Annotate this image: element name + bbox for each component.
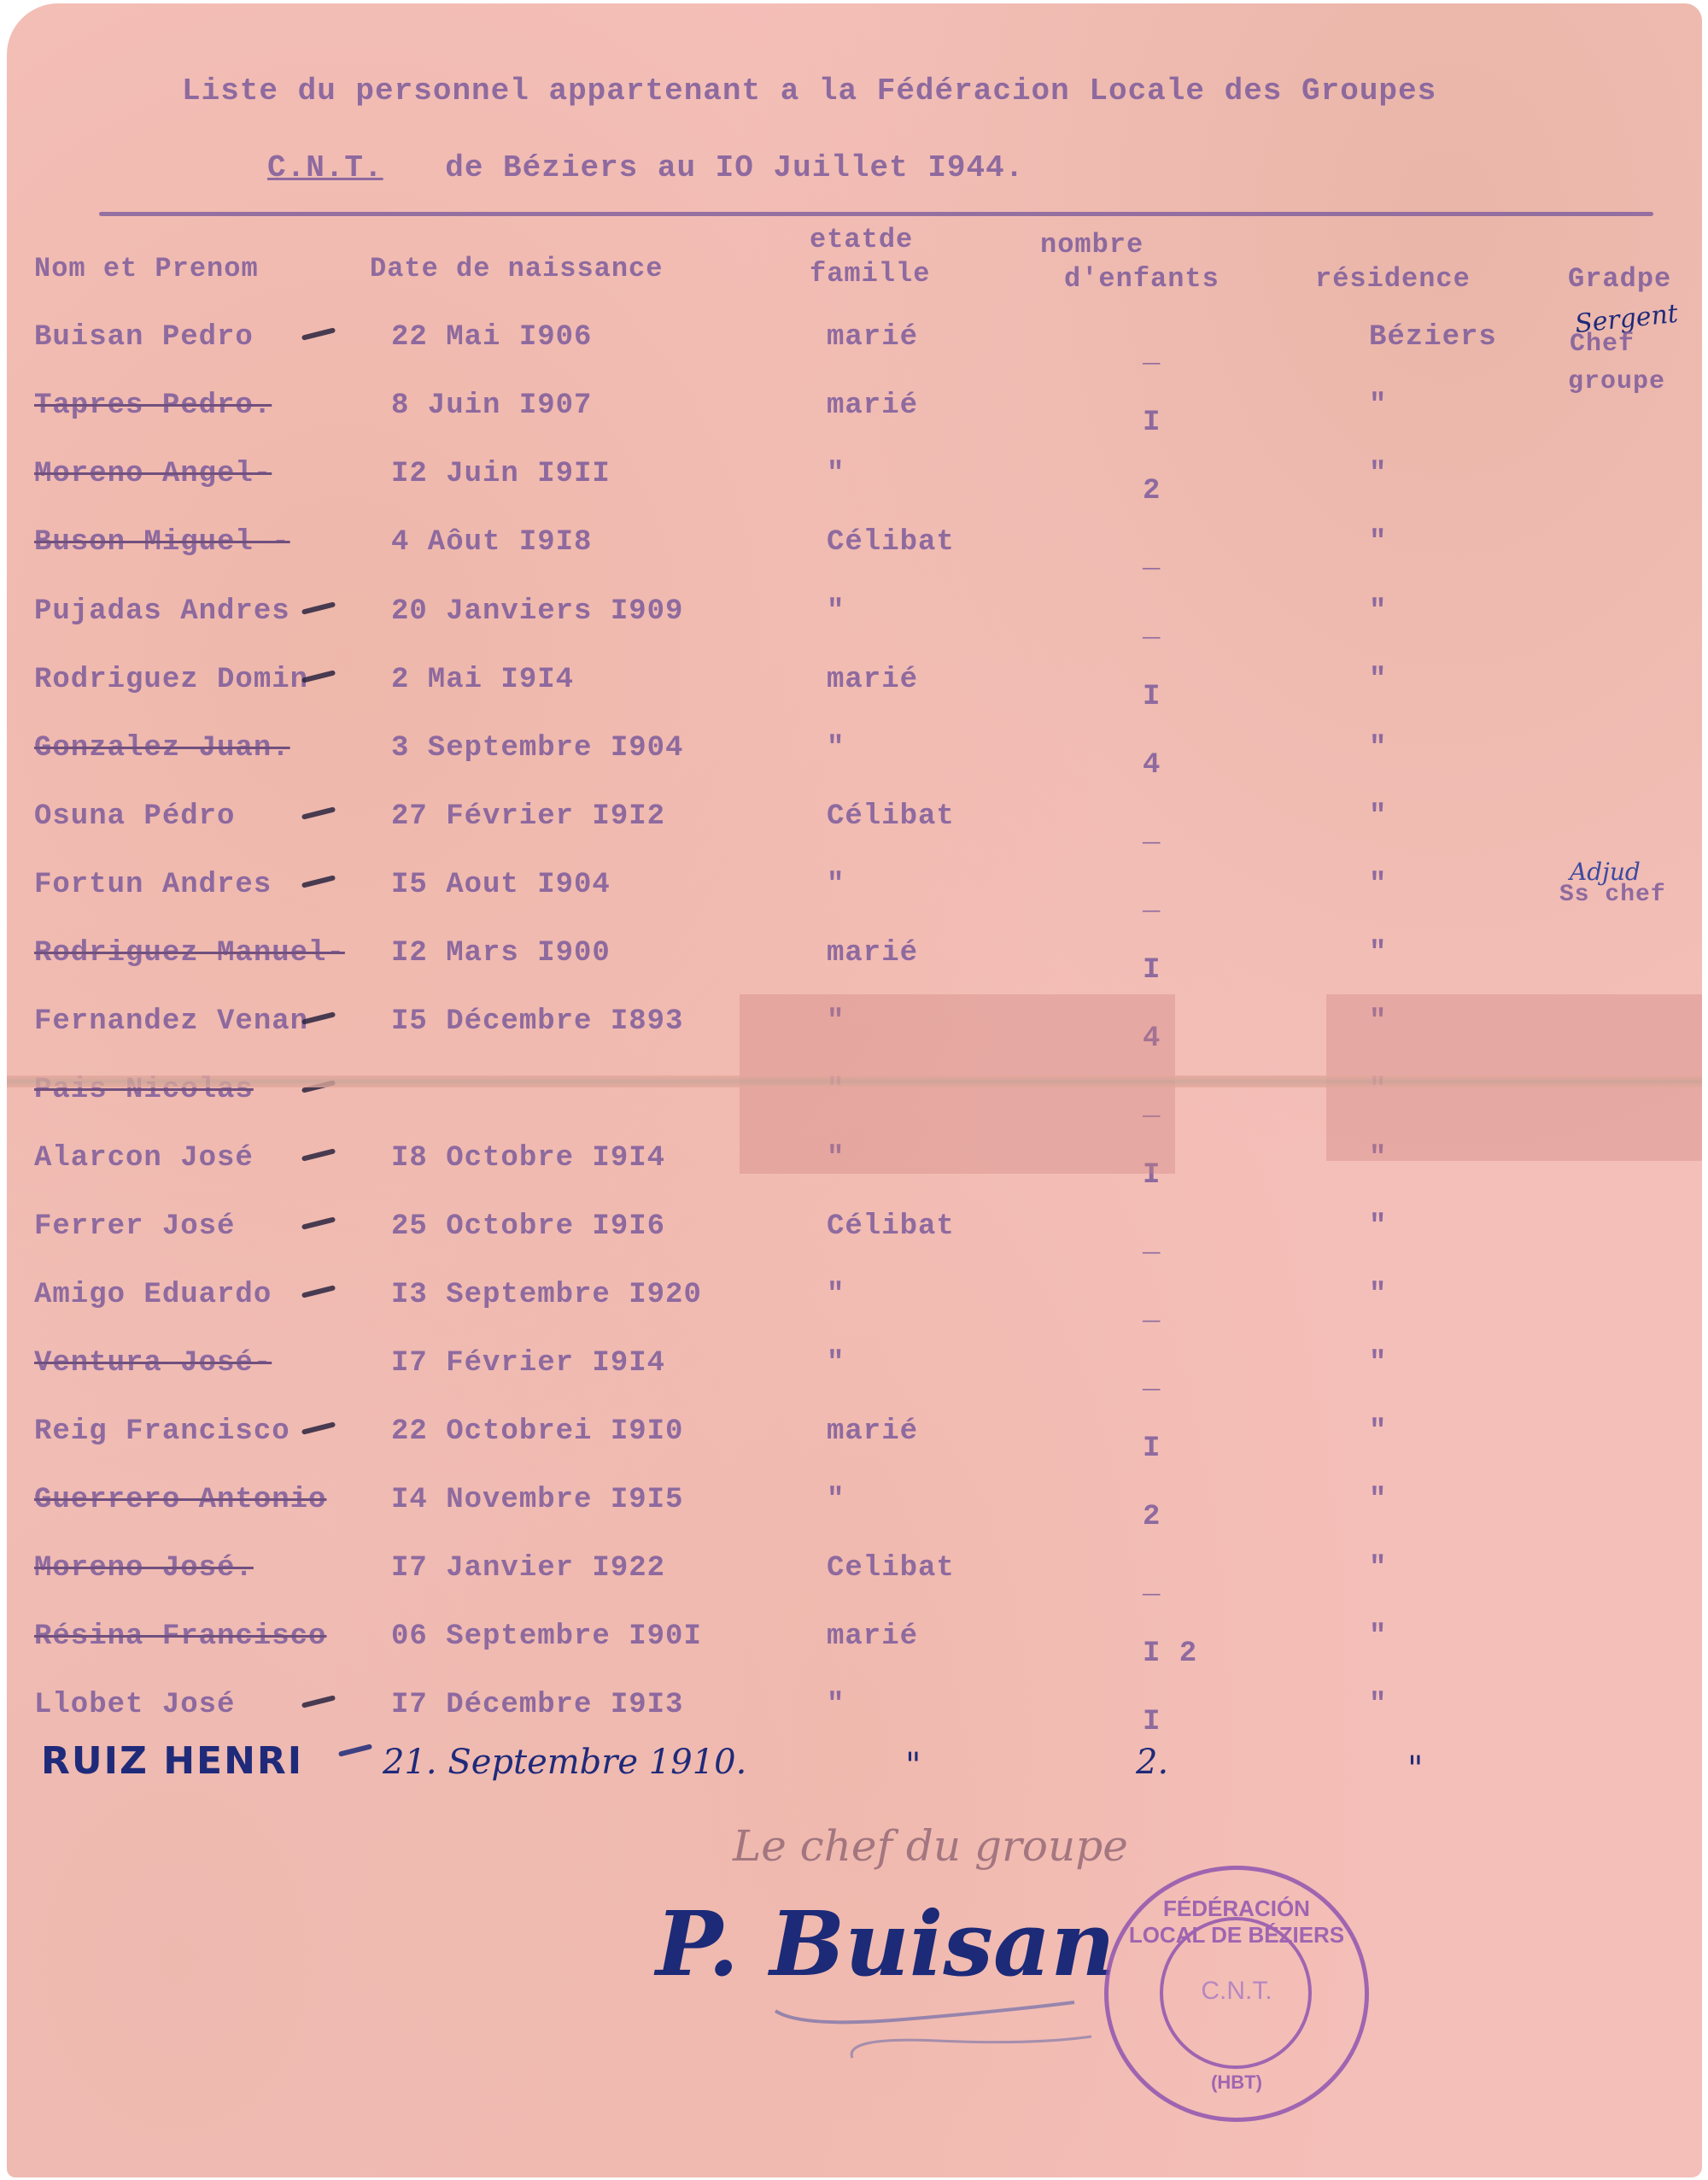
row-birthdate: 22 Octobrei I9I0 xyxy=(391,1415,683,1448)
row-name: Amigo Eduardo xyxy=(34,1279,272,1311)
row-marital-status: " xyxy=(827,595,845,628)
row-children-count: _ xyxy=(1143,612,1161,645)
row-marital-status: marié xyxy=(827,390,918,422)
row-name: Gonzalez Juan. xyxy=(34,732,290,765)
row-residence: " xyxy=(1369,1415,1387,1448)
column-header-marital-line2: famille xyxy=(810,258,930,290)
row-name: Llobet José xyxy=(34,1689,235,1721)
location-date: de Béziers au IO Juillet I944. xyxy=(445,150,1024,185)
row-birthdate: 3 Septembre I904 xyxy=(391,732,683,765)
checkmark-icon xyxy=(301,1148,336,1161)
column-header-marital-line1: etatde xyxy=(810,224,913,255)
row-name: Alarcon José xyxy=(34,1142,254,1175)
row-marital-status: " xyxy=(827,732,845,765)
row-children-count: I xyxy=(1143,407,1161,439)
row-birthdate: 25 Octobre I9I6 xyxy=(391,1210,665,1243)
row-children-count: 4 xyxy=(1143,749,1161,782)
row-residence: " xyxy=(1369,595,1387,628)
column-header-children-line2: d'enfants xyxy=(1064,263,1220,295)
row-marital-status: Célibat xyxy=(827,526,955,559)
document-page: Liste du personnel appartenant a la Fédé… xyxy=(7,3,1702,2177)
row-children-count: I 2 xyxy=(1143,1638,1197,1670)
org-name: C.N.T. xyxy=(267,150,383,185)
row-marital-status: marié xyxy=(827,1620,918,1653)
row-name: Osuna Pédro xyxy=(34,800,235,833)
row-name: Pujadas Andres xyxy=(34,595,290,628)
row-birthdate: 06 Septembre I90I xyxy=(391,1620,702,1653)
row-marital-status: " xyxy=(827,1689,845,1721)
stamp-bottom-text: (HBT) xyxy=(1126,2072,1348,2094)
column-header-grades: Gradpe xyxy=(1568,263,1671,295)
row-marital-status: marié xyxy=(827,1415,918,1448)
row-name: Rodriguez Domin xyxy=(34,664,308,696)
row-children-count: _ xyxy=(1143,1296,1161,1328)
document-title: Liste du personnel appartenant a la Fédé… xyxy=(182,73,1436,108)
row-residence: " xyxy=(1369,390,1387,422)
signature-caption: Le chef du groupe xyxy=(733,1821,1128,1871)
row-residence: " xyxy=(1369,526,1387,559)
row-residence: " xyxy=(1369,1210,1387,1243)
row-children-count: I xyxy=(1143,1706,1161,1738)
column-header-residence: résidence xyxy=(1315,263,1471,295)
row-name: Buisan Pedro xyxy=(34,321,254,354)
row-residence: " xyxy=(1369,1620,1387,1653)
row-residence: Béziers xyxy=(1369,321,1497,354)
row-residence: " xyxy=(1369,1347,1387,1380)
row-birthdate: 20 Janviers I909 xyxy=(391,595,683,628)
row-name: Buson Miguel - xyxy=(34,526,290,559)
row-birthdate: I4 Novembre I9I5 xyxy=(391,1484,683,1516)
row-name: Tapres Pedro. xyxy=(34,390,272,422)
row-marital-status: marié xyxy=(827,937,918,970)
row-residence: " xyxy=(1369,1279,1387,1311)
row-residence: " xyxy=(1369,732,1387,765)
row-name: Reig Francisco xyxy=(34,1415,290,1448)
row-residence: " xyxy=(1369,664,1387,696)
stamp-center-text: C.N.T. xyxy=(1194,1977,1279,2006)
checkmark-icon xyxy=(301,875,336,888)
official-stamp: FÉDÉRACIÓN LOCAL DE BÉZIERS C.N.T. (HBT) xyxy=(1104,1866,1369,2122)
row-marital-status: " xyxy=(827,1347,845,1380)
row-children-count: _ xyxy=(1143,543,1161,576)
column-header-name: Nom et Prenom xyxy=(34,253,259,284)
row-marital-status: " xyxy=(827,869,845,901)
row-birthdate: I3 Septembre I920 xyxy=(391,1279,702,1311)
row-residence: " xyxy=(1369,937,1387,970)
row-birthdate: I7 Décembre I9I3 xyxy=(391,1689,683,1721)
row-residence: " xyxy=(1369,1484,1387,1516)
checkmark-icon xyxy=(301,601,336,614)
handwritten-row-children: 2. xyxy=(1136,1743,1168,1782)
row-birthdate: I7 Février I9I4 xyxy=(391,1347,665,1380)
row-birthdate: 2 Mai I9I4 xyxy=(391,664,574,696)
row-marital-status: marié xyxy=(827,321,918,354)
row-birthdate: I7 Janvier I922 xyxy=(391,1552,665,1585)
handwritten-row-marital: " xyxy=(905,1746,921,1785)
checkmark-icon xyxy=(301,1695,336,1708)
row-marital-status: " xyxy=(827,1484,845,1516)
grade-chef: Chef xyxy=(1570,330,1635,359)
row-marital-status: marié xyxy=(827,664,918,696)
checkmark-icon xyxy=(301,1285,336,1298)
paper-fold xyxy=(7,1075,1702,1087)
row-birthdate: I2 Mars I900 xyxy=(391,937,611,970)
signature-flourish-icon xyxy=(767,1977,1126,2071)
row-children-count: 2 xyxy=(1143,475,1161,507)
row-birthdate: 27 Février I9I2 xyxy=(391,800,665,833)
row-children-count: I xyxy=(1143,1433,1161,1465)
row-name: Moreno Angel- xyxy=(34,458,272,490)
checkmark-icon xyxy=(301,806,336,819)
row-name: Ventura José- xyxy=(34,1347,272,1380)
handwritten-row-residence: " xyxy=(1407,1749,1423,1789)
row-name: Ferrer José xyxy=(34,1210,235,1243)
row-birthdate: 4 Aôut I9I8 xyxy=(391,526,592,559)
row-children-count: _ xyxy=(1143,338,1161,371)
checkmark-icon xyxy=(301,1216,336,1229)
row-children-count: I xyxy=(1143,681,1161,713)
row-marital-status: " xyxy=(827,1279,845,1311)
row-residence: " xyxy=(1369,458,1387,490)
row-marital-status: " xyxy=(827,458,845,490)
row-birthdate: 8 Juin I907 xyxy=(391,390,592,422)
stamp-ring-text: FÉDÉRACIÓN LOCAL DE BÉZIERS xyxy=(1126,1896,1348,1949)
grade-ss-chef: Ss chef xyxy=(1559,882,1666,908)
row-children-count: _ xyxy=(1143,1364,1161,1397)
row-residence: " xyxy=(1369,1552,1387,1585)
row-residence: " xyxy=(1369,869,1387,901)
row-name: Fernandez Venan xyxy=(34,1005,308,1038)
row-name: Résina Francisco xyxy=(34,1620,326,1653)
checkmark-icon xyxy=(338,1743,372,1756)
checkmark-icon xyxy=(301,327,336,340)
row-children-count: _ xyxy=(1143,1569,1161,1602)
row-residence: " xyxy=(1369,800,1387,833)
row-children-count: _ xyxy=(1143,817,1161,850)
row-children-count: _ xyxy=(1143,886,1161,918)
row-name: Rodriguez Manuel- xyxy=(34,937,345,970)
checkmark-icon xyxy=(301,1421,336,1434)
column-header-birthdate: Date de naissance xyxy=(370,253,663,284)
row-children-count: 2 xyxy=(1143,1501,1161,1533)
row-name: Fortun Andres xyxy=(34,869,272,901)
row-marital-status: Celibat xyxy=(827,1552,955,1585)
handwritten-row-date: 21. Septembre 1910. xyxy=(383,1743,746,1782)
title-divider xyxy=(99,212,1653,216)
row-name: Guerrero Antonio xyxy=(34,1484,326,1516)
row-name: Moreno José. xyxy=(34,1552,254,1585)
row-residence: " xyxy=(1369,1689,1387,1721)
column-header-children-line1: nombre xyxy=(1040,229,1144,261)
row-children-count: I xyxy=(1143,954,1161,987)
grade-groupe: groupe xyxy=(1568,367,1665,396)
row-children-count: _ xyxy=(1143,1228,1161,1260)
row-marital-status: Célibat xyxy=(827,800,955,833)
handwritten-row-name: RUIZ HENRI xyxy=(41,1739,303,1783)
row-marital-status: Célibat xyxy=(827,1210,955,1243)
row-birthdate: I5 Aout I904 xyxy=(391,869,611,901)
row-birthdate: 22 Mai I906 xyxy=(391,321,592,354)
row-birthdate: I8 Octobre I9I4 xyxy=(391,1142,665,1175)
document-subtitle: C.N.T. de Béziers au IO Juillet I944. xyxy=(267,150,1024,185)
row-birthdate: I2 Juin I9II xyxy=(391,458,611,490)
row-birthdate: I5 Décembre I893 xyxy=(391,1005,683,1038)
